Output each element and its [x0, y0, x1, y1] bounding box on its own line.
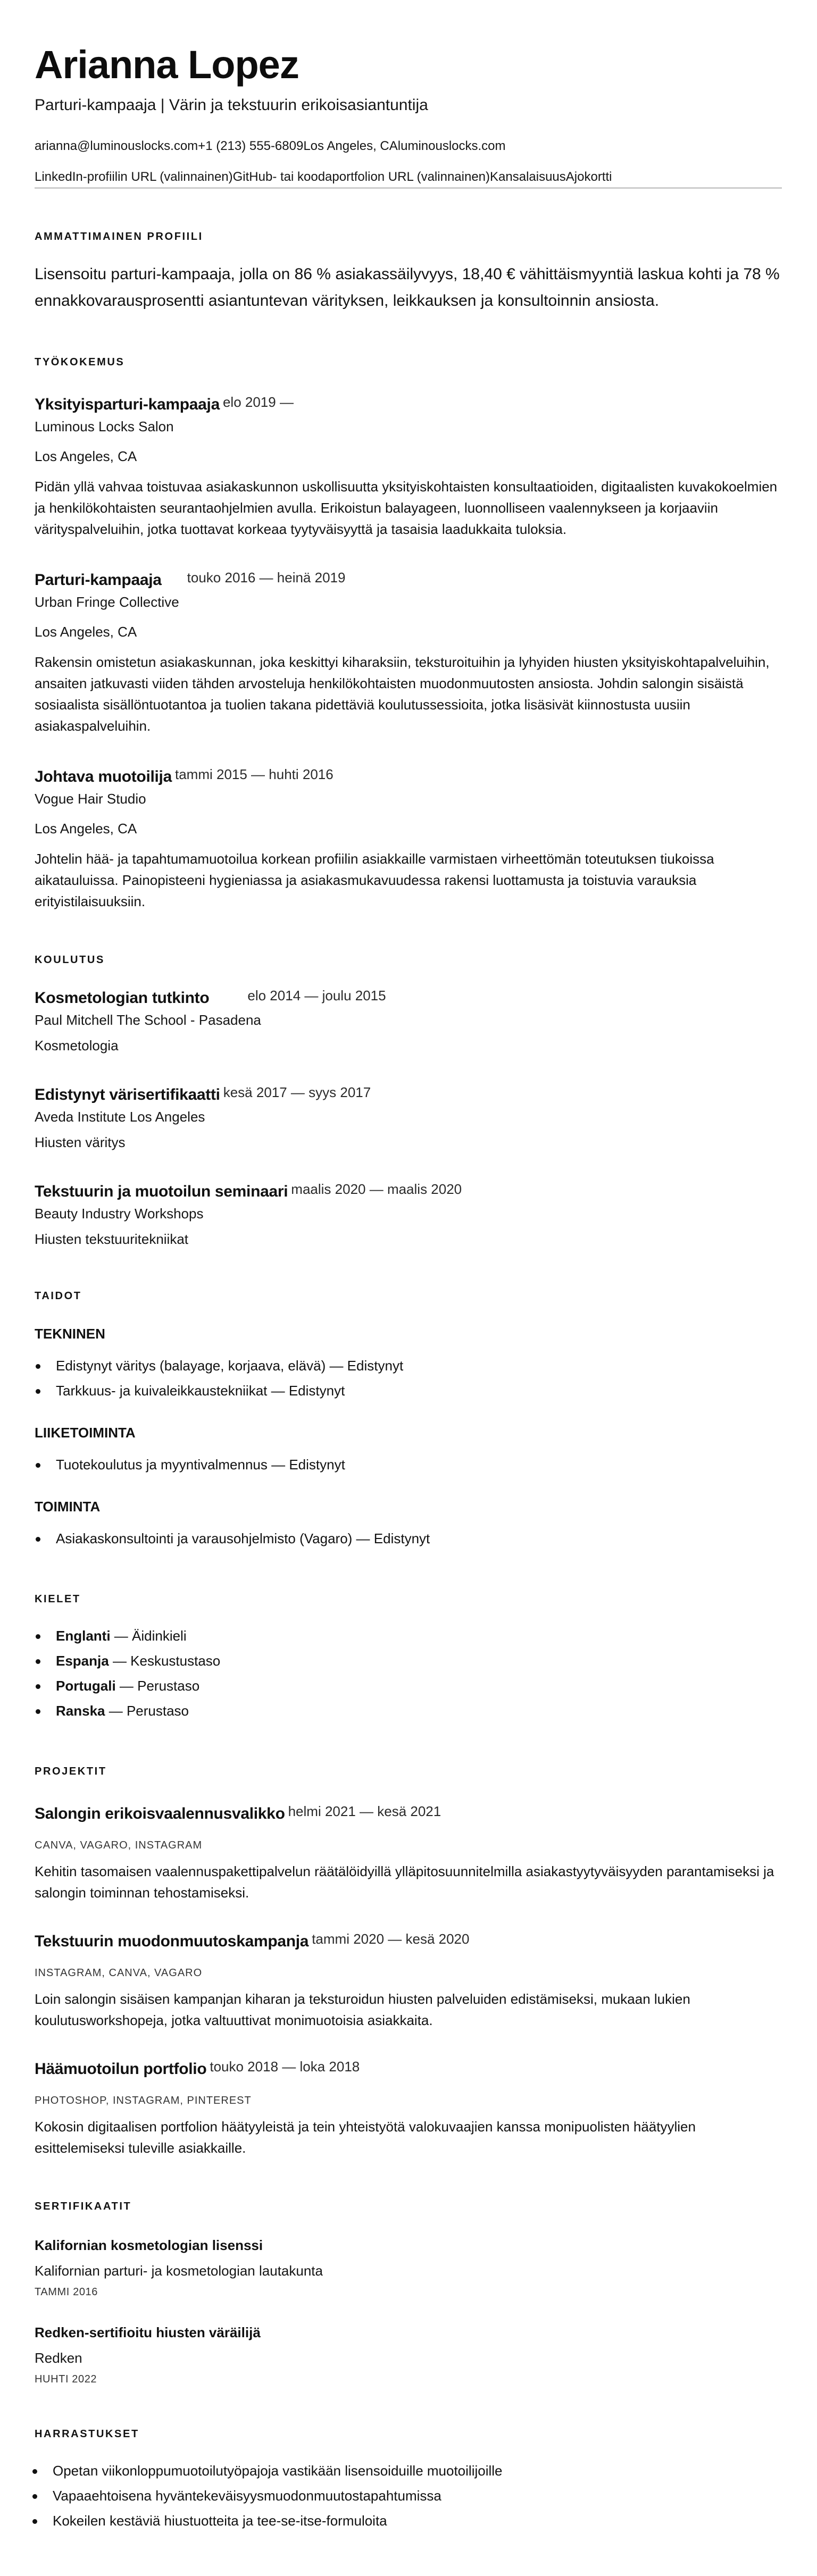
- email-link[interactable]: arianna@luminouslocks.com: [35, 138, 198, 154]
- citizenship: Kansalaisuus: [490, 169, 566, 185]
- degree-title: Edistynyt värisertifikaatti: [35, 1084, 220, 1106]
- job-location: Los Angeles, CA: [35, 623, 782, 641]
- skill-category: Tekninen: [35, 1326, 782, 1342]
- section-title: Harrastukset: [35, 2428, 782, 2440]
- interest-item: Opetan viikonloppumuotoilutyöpajoja vast…: [35, 2458, 782, 2483]
- skill-category: Liiketoiminta: [35, 1425, 782, 1441]
- languages-section: Kielet Englanti — Äidinkieli Espanja — K…: [35, 1593, 782, 1724]
- field-of-study: Kosmetologia: [35, 1036, 782, 1055]
- skill-group: Toiminta Asiakaskonsultointi ja varausoh…: [35, 1499, 782, 1551]
- certification-entry: Kalifornian kosmetologian lisenssi Kalif…: [35, 2236, 782, 2299]
- profile-section: Ammattimainen profiili Lisensoitu partur…: [35, 230, 782, 314]
- education-section: Koulutus Kosmetologian tutkinto elo 2014…: [35, 954, 782, 1248]
- resume-header: Arianna Lopez Parturi-kampaaja | Värin j…: [35, 41, 782, 189]
- candidate-headline: Parturi-kampaaja | Värin ja tekstuurin e…: [35, 95, 782, 116]
- school-name: Beauty Industry Workshops: [35, 1205, 782, 1223]
- education-entry: Edistynyt värisertifikaatti kesä 2017 — …: [35, 1084, 782, 1151]
- language-name: Portugali: [56, 1678, 116, 1694]
- language-item: Ranska — Perustaso: [35, 1699, 782, 1724]
- experience-entry: Johtava muotoilija tammi 2015 — huhti 20…: [35, 766, 782, 912]
- degree-title: Tekstuurin ja muotoilun seminaari: [35, 1181, 288, 1202]
- language-level: — Perustaso: [116, 1678, 200, 1694]
- language-item: Portugali — Perustaso: [35, 1674, 782, 1699]
- job-description: Rakensin omistetun asiakaskunnan, joka k…: [35, 651, 785, 737]
- drivers-license: Ajokortti: [566, 169, 612, 185]
- language-level: — Äidinkieli: [111, 1628, 187, 1644]
- language-level: — Perustaso: [105, 1703, 189, 1719]
- language-name: Espanja: [56, 1653, 109, 1669]
- project-name: Häämuotoilun portfolio: [35, 2059, 206, 2080]
- education-dates: kesä 2017 — syys 2017: [223, 1084, 371, 1100]
- resume-page: Arianna Lopez Parturi-kampaaja | Värin j…: [0, 0, 817, 2576]
- interest-item: Kokeilen kestäviä hiustuotteita ja tee-s…: [35, 2508, 782, 2533]
- section-title: Koulutus: [35, 954, 782, 966]
- project-dates: touko 2018 — loka 2018: [210, 2059, 360, 2075]
- certification-name: Kalifornian kosmetologian lisenssi: [35, 2236, 782, 2254]
- linkedin-link[interactable]: LinkedIn-profiilin URL (valinnainen): [35, 169, 233, 185]
- project-description: Kokosin digitaalisen portfolion häätyyle…: [35, 2116, 785, 2159]
- experience-entry: Yksityisparturi-kampaaja elo 2019 — Lumi…: [35, 394, 782, 540]
- language-item: Englanti — Äidinkieli: [35, 1624, 782, 1649]
- field-of-study: Hiusten tekstuuritekniikat: [35, 1230, 782, 1248]
- project-name: Salongin erikoisvaalennusvalikko: [35, 1803, 285, 1825]
- education-entry: Tekstuurin ja muotoilun seminaari maalis…: [35, 1181, 782, 1248]
- section-title: Ammattimainen profiili: [35, 230, 782, 243]
- certification-entry: Redken-sertifioitu hiusten väräilijä Red…: [35, 2323, 782, 2386]
- project-dates: helmi 2021 — kesä 2021: [288, 1803, 441, 1819]
- skill-item: Edistynyt väritys (balayage, korjaava, e…: [35, 1353, 782, 1378]
- language-item: Espanja — Keskustustaso: [35, 1649, 782, 1674]
- company-name: Urban Fringe Collective: [35, 593, 782, 611]
- project-dates: tammi 2020 — kesä 2020: [312, 1931, 469, 1947]
- project-entry: Häämuotoilun portfolio touko 2018 — loka…: [35, 2059, 782, 2159]
- project-description: Loin salongin sisäisen kampanjan kiharan…: [35, 1988, 785, 2031]
- section-title: Sertifikaatit: [35, 2200, 782, 2213]
- education-dates: maalis 2020 — maalis 2020: [291, 1181, 462, 1197]
- projects-section: Projektit Salongin erikoisvaalennusvalik…: [35, 1765, 782, 2159]
- school-name: Aveda Institute Los Angeles: [35, 1108, 782, 1126]
- skill-item: Tarkkuus- ja kuivaleikkaustekniikat — Ed…: [35, 1378, 782, 1403]
- language-name: Ranska: [56, 1703, 105, 1719]
- candidate-name: Arianna Lopez: [35, 41, 782, 88]
- company-name: Luminous Locks Salon: [35, 417, 782, 436]
- language-name: Englanti: [56, 1628, 111, 1644]
- skills-section: Taidot Tekninen Edistynyt väritys (balay…: [35, 1290, 782, 1551]
- section-title: Taidot: [35, 1290, 782, 1302]
- contact-extra: LinkedIn-profiilin URL (valinnainen) Git…: [35, 169, 782, 189]
- skill-item: Asiakaskonsultointi ja varausohjelmisto …: [35, 1526, 782, 1551]
- project-entry: Salongin erikoisvaalennusvalikko helmi 2…: [35, 1803, 782, 1903]
- skill-item: Tuotekoulutus ja myyntivalmennus — Edist…: [35, 1452, 782, 1477]
- skill-category: Toiminta: [35, 1499, 782, 1515]
- section-title: Projektit: [35, 1765, 782, 1778]
- company-name: Vogue Hair Studio: [35, 790, 782, 808]
- contact-info: arianna@luminouslocks.com +1 (213) 555-6…: [35, 138, 782, 154]
- job-description: Johtelin hää- ja tapahtumamuotoilua kork…: [35, 848, 785, 912]
- phone-number: +1 (213) 555-6809: [198, 138, 303, 154]
- job-location: Los Angeles, CA: [35, 819, 782, 838]
- job-location: Los Angeles, CA: [35, 447, 782, 465]
- certification-issuer: Redken: [35, 2349, 782, 2367]
- certification-date: tammi 2016: [35, 2285, 782, 2299]
- project-tech: Canva, Vagaro, Instagram: [35, 1838, 782, 1852]
- job-dates: elo 2019 —: [223, 394, 294, 410]
- job-title: Parturi-kampaaja: [35, 570, 162, 591]
- experience-entry: Parturi-kampaaja touko 2016 — heinä 2019…: [35, 570, 782, 737]
- job-title: Johtava muotoilija: [35, 766, 172, 788]
- interests-section: Harrastukset Opetan viikonloppumuotoilut…: [35, 2428, 782, 2533]
- job-title: Yksityisparturi-kampaaja: [35, 394, 220, 415]
- certification-issuer: Kalifornian parturi- ja kosmetologian la…: [35, 2262, 782, 2280]
- section-title: Kielet: [35, 1593, 782, 1605]
- location: Los Angeles, CA: [303, 138, 397, 154]
- job-dates: tammi 2015 — huhti 2016: [175, 766, 334, 782]
- project-tech: Photoshop, Instagram, Pinterest: [35, 2094, 782, 2107]
- certifications-section: Sertifikaatit Kalifornian kosmetologian …: [35, 2200, 782, 2386]
- education-dates: elo 2014 — joulu 2015: [247, 988, 386, 1003]
- language-level: — Keskustustaso: [109, 1653, 221, 1669]
- degree-title: Kosmetologian tutkinto: [35, 988, 209, 1009]
- job-description: Pidän yllä vahvaa toistuvaa asiakaskunno…: [35, 476, 785, 540]
- certification-date: huhti 2022: [35, 2372, 782, 2386]
- profile-summary: Lisensoitu parturi-kampaaja, jolla on 86…: [35, 261, 790, 314]
- interest-item: Vapaaehtoisena hyväntekeväisyysmuodonmuu…: [35, 2483, 782, 2508]
- project-entry: Tekstuurin muodonmuutoskampanja tammi 20…: [35, 1931, 782, 2031]
- job-dates: touko 2016 — heinä 2019: [187, 570, 346, 586]
- section-title: Työkokemus: [35, 356, 782, 369]
- school-name: Paul Mitchell The School - Pasadena: [35, 1011, 782, 1029]
- project-description: Kehitin tasomaisen vaalennuspakettipalve…: [35, 1861, 785, 1903]
- website-link[interactable]: luminouslocks.com: [398, 138, 506, 154]
- skill-group: Tekninen Edistynyt väritys (balayage, ko…: [35, 1326, 782, 1403]
- skill-group: Liiketoiminta Tuotekoulutus ja myyntival…: [35, 1425, 782, 1477]
- experience-section: Työkokemus Yksityisparturi-kampaaja elo …: [35, 356, 782, 912]
- education-entry: Kosmetologian tutkinto elo 2014 — joulu …: [35, 988, 782, 1055]
- certification-name: Redken-sertifioitu hiusten väräilijä: [35, 2323, 782, 2341]
- field-of-study: Hiusten väritys: [35, 1133, 782, 1151]
- project-tech: Instagram, Canva, Vagaro: [35, 1966, 782, 1980]
- project-name: Tekstuurin muodonmuutoskampanja: [35, 1931, 309, 1952]
- github-link[interactable]: GitHub- tai koodaportfolion URL (valinna…: [233, 169, 490, 185]
